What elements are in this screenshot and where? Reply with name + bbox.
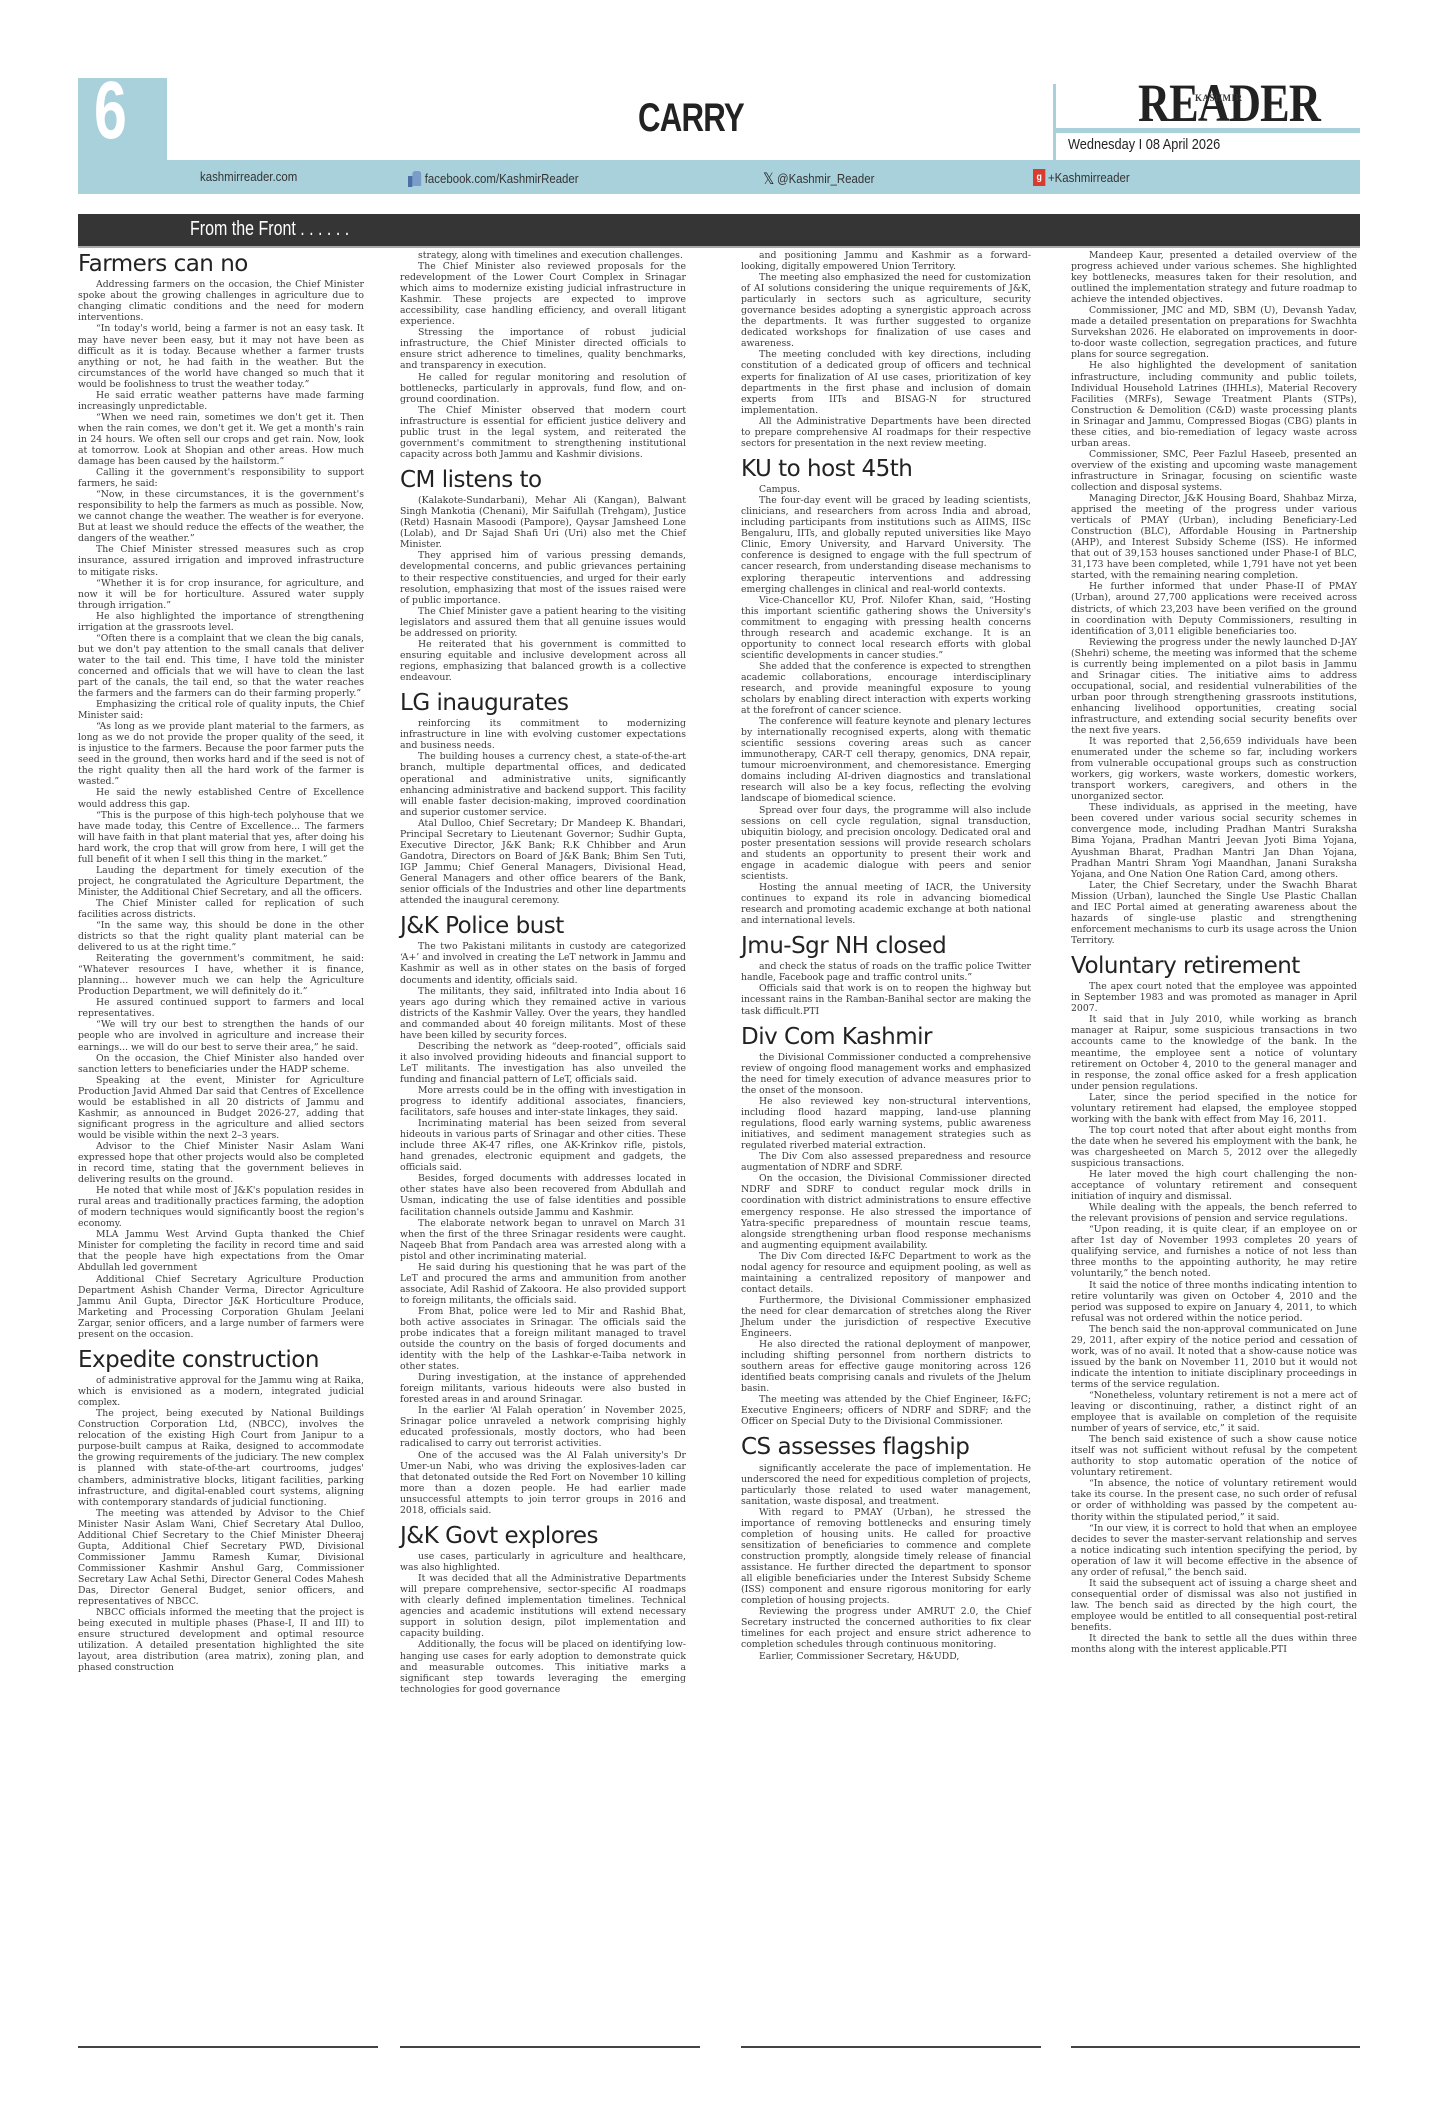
google-plus-icon: g [1033, 169, 1045, 186]
section-title: CARRY [638, 96, 744, 141]
article-headline: KU to host 45th [741, 457, 1031, 482]
article-paragraph: Stressing the importance of robust judic… [400, 327, 686, 371]
section-bar: From the Front . . . . . . [78, 214, 1360, 248]
website-link[interactable]: kashmirreader.com [200, 169, 297, 184]
article-paragraph: The top court noted that after about eig… [1071, 1125, 1357, 1169]
article-paragraph: The Chief Minister stressed measures suc… [78, 544, 364, 577]
article-paragraph: On the occasion, the Divisional Commissi… [741, 1173, 1031, 1250]
article-paragraph: of administrative approval for the Jammu… [78, 1375, 364, 1408]
article-paragraph: Speaking at the event, Minister for Agri… [78, 1075, 364, 1141]
brand-divider [1053, 84, 1056, 160]
article-paragraph: From Bhat, police were led to Mir and Ra… [400, 1306, 686, 1372]
article-paragraph: MLA Jammu West Arvind Gupta thanked the … [78, 1229, 364, 1273]
article-headline: Div Com Kashmir [741, 1025, 1031, 1050]
article-paragraph: The two Pakistani militants in custody a… [400, 941, 686, 985]
article-paragraph: Commissioner, SMC, Peer Fazlul Haseeb, p… [1071, 449, 1357, 493]
article-paragraph: It was reported that 2,56,659 individual… [1071, 736, 1357, 802]
column-4: Mandeep Kaur, presented a detailed overv… [1071, 250, 1357, 1663]
article-paragraph: He also highlighted the development of s… [1071, 360, 1357, 448]
article-paragraph: “Now, in these circumstances, it is the … [78, 489, 364, 544]
article-paragraph: NBCC officials informed the meeting that… [78, 1607, 364, 1673]
article: Voluntary retirementThe apex court noted… [1071, 954, 1357, 1655]
article-paragraph: The militants, they said, infiltrated in… [400, 986, 686, 1041]
article-paragraph: He assured continued support to farmers … [78, 997, 364, 1019]
article-paragraph: The elaborate network began to unravel o… [400, 1218, 686, 1262]
article-paragraph: He also highlighted the importance of st… [78, 611, 364, 633]
article-paragraph: “This is the purpose of this high-tech p… [78, 810, 364, 865]
article-paragraph: Earlier, Commissioner Secretary, H&UDD, [741, 1651, 1031, 1662]
article-paragraph: “As long as we provide plant material to… [78, 721, 364, 787]
twitter-link[interactable]: 𝕏 @Kashmir_Reader [763, 169, 874, 188]
article-paragraph: Incriminating material has been seized f… [400, 1118, 686, 1173]
article: CM listens to(Kalakote-Sundarbani), Meha… [400, 468, 686, 683]
article-paragraph: “We will try our best to strengthen the … [78, 1019, 364, 1052]
article: J&K Govt exploresuse cases, particularly… [400, 1524, 686, 1695]
article-paragraph: He also reviewed key non-structural inte… [741, 1096, 1031, 1151]
article-paragraph: Emphasizing the critical role of quality… [78, 699, 364, 721]
x-icon: 𝕏 [763, 169, 774, 188]
article: Div Com Kashmirthe Divisional Commission… [741, 1025, 1031, 1428]
article-paragraph: “When we need rain, sometimes we don't g… [78, 412, 364, 467]
article-paragraph: Addressing farmers on the occasion, the … [78, 279, 364, 323]
article-paragraph: The building houses a currency chest, a … [400, 751, 686, 817]
article-paragraph: The project, being executed by National … [78, 1408, 364, 1507]
article-paragraph: She added that the conference is expecte… [741, 661, 1031, 716]
column-1: Farmers can noAddressing farmers on the … [78, 250, 364, 1681]
article-paragraph: Later, since the period specified in the… [1071, 1092, 1357, 1125]
article-paragraph: reinforcing its commitment to modernizin… [400, 718, 686, 751]
article-paragraph: Later, the Chief Secretary, under the Sw… [1071, 880, 1357, 946]
masthead: 6 CARRY READER KASHMIR Wednesday I 08 Ap… [78, 78, 1360, 160]
article-paragraph: Atal Dulloo, Chief Secretary; Dr Mandeep… [400, 818, 686, 906]
article-paragraph: With regard to PMAY (Urban), he stressed… [741, 1507, 1031, 1606]
article: Farmers can noAddressing farmers on the … [78, 252, 364, 1340]
article-paragraph: “In our view, it is correct to hold that… [1071, 1523, 1357, 1578]
article-paragraph: The bench said the non-approval communic… [1071, 1324, 1357, 1390]
article-paragraph: It said the subsequent act of issuing a … [1071, 1578, 1357, 1633]
article-paragraph: He later moved the high court challengin… [1071, 1169, 1357, 1202]
article-paragraph: The meeting concluded with key direction… [741, 349, 1031, 415]
facebook-label: facebook.com/KashmirReader [425, 171, 579, 186]
article-paragraph: Reiterating the government's commitment,… [78, 953, 364, 997]
article-paragraph: Reviewing the progress under AMRUT 2.0, … [741, 1606, 1031, 1650]
article-columns: Farmers can noAddressing farmers on the … [78, 250, 1360, 2050]
page-number-box: 6 [78, 78, 167, 160]
bottom-rule-4 [1071, 2046, 1360, 2048]
gplus-link[interactable]: g +Kashmirreader [1033, 169, 1130, 186]
section-bar-label: From the Front . . . . . . [190, 218, 349, 241]
article-paragraph: Advisor to the Chief Minister Nasir Asla… [78, 1141, 364, 1185]
article: Expedite constructionof administrative a… [78, 1348, 364, 1674]
article-paragraph: The Chief Minister also reviewed proposa… [400, 261, 686, 327]
article-paragraph: “In the same way, this should be done in… [78, 920, 364, 953]
article-paragraph: During investigation, at the instance of… [400, 1372, 686, 1405]
twitter-label: @Kashmir_Reader [777, 171, 874, 186]
article-paragraph: The Chief Minister observed that modern … [400, 405, 686, 460]
article-headline: J&K Govt explores [400, 1524, 686, 1549]
article-paragraph: Calling it the government's responsibili… [78, 467, 364, 489]
article-paragraph: use cases, particularly in agriculture a… [400, 1551, 686, 1573]
article-paragraph: The meeting was attended by the Chief En… [741, 1394, 1031, 1427]
article-paragraph: One of the accused was the Al Falah univ… [400, 1450, 686, 1516]
article-headline: Jmu-Sgr NH closed [741, 934, 1031, 959]
article-paragraph: strategy, along with timelines and execu… [400, 250, 686, 261]
newspaper-page: 6 CARRY READER KASHMIR Wednesday I 08 Ap… [78, 78, 1360, 160]
article-paragraph: He also directed the rational deployment… [741, 1339, 1031, 1394]
article-paragraph: The Div Com also assessed preparedness a… [741, 1151, 1031, 1173]
article-paragraph: Officials said that work is on to reopen… [741, 983, 1031, 1016]
article-paragraph: He reiterated that his government is com… [400, 639, 686, 683]
article-headline: Expedite construction [78, 1348, 364, 1373]
article-paragraph: He noted that while most of J&K's popula… [78, 1185, 364, 1229]
article-paragraph: It directed the bank to settle all the d… [1071, 1633, 1357, 1655]
brand-kicker: KASHMIR [1195, 93, 1243, 103]
article-paragraph: and positioning Jammu and Kashmir as a f… [741, 250, 1031, 272]
article-headline: CS assesses flagship [741, 1435, 1031, 1460]
article-paragraph: Commissioner, JMC and MD, SBM (U), Devan… [1071, 305, 1357, 360]
article: and positioning Jammu and Kashmir as a f… [741, 250, 1031, 449]
article: strategy, along with timelines and execu… [400, 250, 686, 460]
article-headline: LG inaugurates [400, 691, 686, 716]
article-paragraph: the Divisional Commissioner conducted a … [741, 1052, 1031, 1096]
gplus-label: +Kashmirreader [1048, 170, 1130, 185]
article-headline: Farmers can no [78, 252, 364, 277]
website-label: kashmirreader.com [200, 169, 297, 184]
article-paragraph: He said the newly established Centre of … [78, 787, 364, 809]
article-paragraph: It was decided that all the Administrati… [400, 1573, 686, 1639]
article-paragraph: He further informed that under Phase-II … [1071, 581, 1357, 636]
article-paragraph: “Whether it is for crop insurance, for a… [78, 578, 364, 611]
article-paragraph: Besides, forged documents with addresses… [400, 1173, 686, 1217]
article-paragraph: He called for regular monitoring and res… [400, 372, 686, 405]
article-paragraph: Spread over four days, the programme wil… [741, 805, 1031, 882]
article-paragraph: On the occasion, the Chief Minister also… [78, 1053, 364, 1075]
article-paragraph: Describing the network as “deep-rooted”,… [400, 1041, 686, 1085]
article-paragraph: Additionally, the focus will be placed o… [400, 1639, 686, 1694]
article-paragraph: “Often there is a complaint that we clea… [78, 633, 364, 699]
article-paragraph: (Kalakote-Sundarbani), Mehar Ali (Kangan… [400, 495, 686, 550]
article-paragraph: “In absence, the notice of voluntary ret… [1071, 1478, 1357, 1522]
article-paragraph: “Upon reading, it is quite clear, if an … [1071, 1224, 1357, 1279]
bottom-rule-2 [400, 2046, 700, 2048]
article-paragraph: The bench said existence of such a show … [1071, 1434, 1357, 1478]
article: LG inauguratesreinforcing its commitment… [400, 691, 686, 906]
article: J&K Police bustThe two Pakistani militan… [400, 914, 686, 1516]
article-paragraph: The meeting was attended by Advisor to t… [78, 1508, 364, 1607]
article-paragraph: It said the notice of three months indic… [1071, 1280, 1357, 1324]
article: KU to host 45thCampus.The four-day event… [741, 457, 1031, 926]
article-paragraph: Vice-Chancellor KU, Prof. Nilofer Khan, … [741, 595, 1031, 661]
bottom-rule-1 [78, 2046, 378, 2048]
article-paragraph: The Chief Minister called for replicatio… [78, 898, 364, 920]
article-headline: J&K Police bust [400, 914, 686, 939]
article-paragraph: and check the status of roads on the tra… [741, 961, 1031, 983]
article-paragraph: While dealing with the appeals, the benc… [1071, 1202, 1357, 1224]
article-paragraph: Campus. [741, 484, 1031, 495]
article-paragraph: More arrests could be in the offing with… [400, 1085, 686, 1118]
article-paragraph: “Nonetheless, voluntary retirement is no… [1071, 1390, 1357, 1434]
article-paragraph: The Chief Minister gave a patient hearin… [400, 606, 686, 639]
article: Jmu-Sgr NH closedand check the status of… [741, 934, 1031, 1017]
brand-logo: READER KASHMIR [1138, 78, 1360, 134]
article-paragraph: significantly accelerate the pace of imp… [741, 1463, 1031, 1507]
article-paragraph: They apprised him of various pressing de… [400, 550, 686, 605]
brand-name: READER [1138, 72, 1320, 134]
article-paragraph: Furthermore, the Divisional Commissioner… [741, 1295, 1031, 1339]
bottom-rule-3 [741, 2046, 1041, 2048]
article-headline: CM listens to [400, 468, 686, 493]
article-paragraph: The apex court noted that the employee w… [1071, 981, 1357, 1014]
facebook-like-icon [408, 169, 422, 187]
article-paragraph: He said during his questioning that he w… [400, 1262, 686, 1306]
page-number: 6 [94, 70, 127, 152]
article-paragraph: He said erratic weather patterns have ma… [78, 390, 364, 412]
issue-date: Wednesday I 08 April 2026 [1068, 136, 1220, 153]
article-paragraph: Hosting the annual meeting of IACR, the … [741, 882, 1031, 926]
info-bar: kashmirreader.com facebook.com/KashmirRe… [78, 160, 1360, 194]
article-paragraph: In the earlier ‘Al Falah operation’ in N… [400, 1405, 686, 1449]
article-paragraph: The conference will feature keynote and … [741, 716, 1031, 804]
article-paragraph: Additional Chief Secretary Agriculture P… [78, 1274, 364, 1340]
article: Mandeep Kaur, presented a detailed overv… [1071, 250, 1357, 946]
article-paragraph: “In today's world, being a farmer is not… [78, 323, 364, 389]
article-headline: Voluntary retirement [1071, 954, 1357, 979]
article-paragraph: All the Administrative Departments have … [741, 416, 1031, 449]
article-paragraph: Managing Director, J&K Housing Board, Sh… [1071, 493, 1357, 581]
article: CS assesses flagshipsignificantly accele… [741, 1435, 1031, 1661]
article-paragraph: It said that in July 2010, while working… [1071, 1014, 1357, 1091]
article-paragraph: The four-day event will be graced by lea… [741, 495, 1031, 594]
article-paragraph: These individuals, as apprised in the me… [1071, 802, 1357, 879]
article-paragraph: The Div Com directed I&FC Department to … [741, 1251, 1031, 1295]
column-3: and positioning Jammu and Kashmir as a f… [741, 250, 1031, 1670]
article-paragraph: Lauding the department for timely execut… [78, 865, 364, 898]
article-paragraph: Mandeep Kaur, presented a detailed overv… [1071, 250, 1357, 305]
facebook-link[interactable]: facebook.com/KashmirReader [408, 169, 579, 187]
brand-rule [1056, 128, 1360, 133]
column-2: strategy, along with timelines and execu… [400, 250, 686, 1703]
article-paragraph: Reviewing the progress under the newly l… [1071, 637, 1357, 736]
article-paragraph: The meeting also emphasized the need for… [741, 272, 1031, 349]
